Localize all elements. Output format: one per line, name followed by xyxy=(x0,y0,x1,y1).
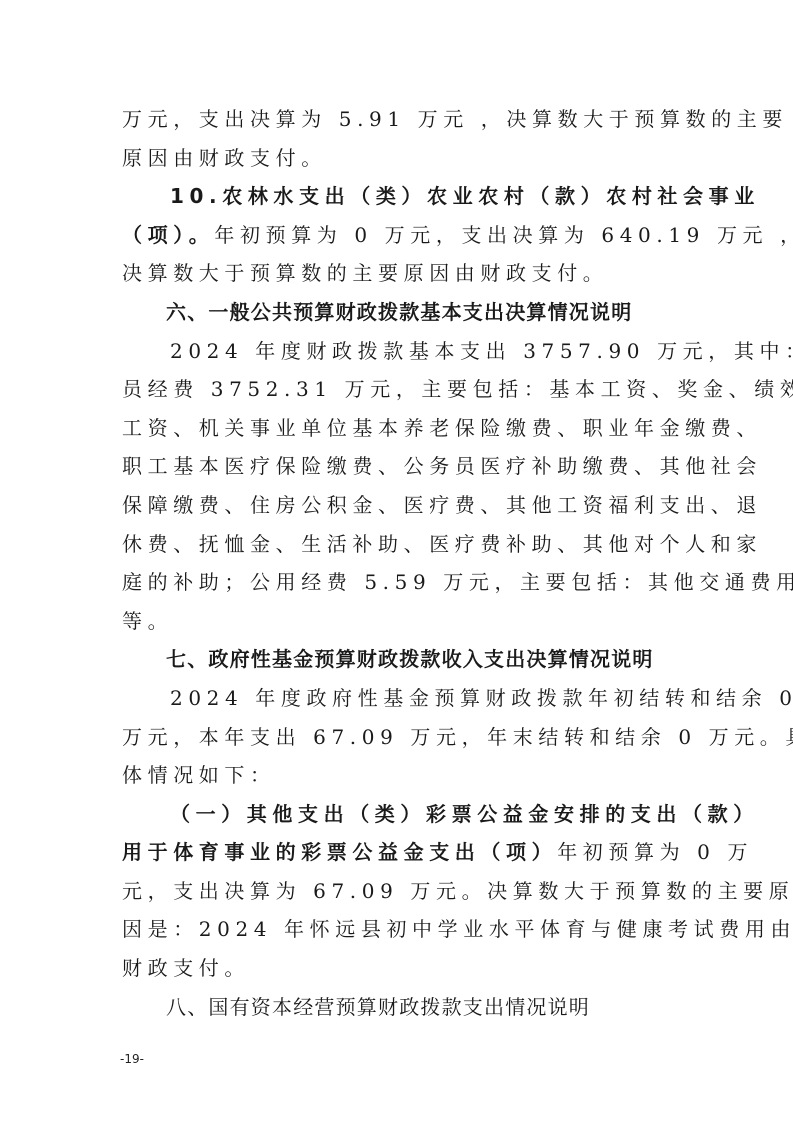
line-text: 保障缴费、住房公积金、医疗费、其他工资福利支出、退 xyxy=(122,493,762,517)
item-heading-text: 用于体育事业的彩票公益金支出（项） xyxy=(122,840,557,864)
paragraph-line: 庭的补助；公用经费 5.59 万元，主要包括：其他交通费用 xyxy=(122,563,674,602)
line-text: 等。 xyxy=(122,609,173,633)
paragraph-line: 工资、机关事业单位基本养老保险缴费、职业年金缴费、 xyxy=(122,409,674,448)
line-text: 元，支出决算为 67.09 万元。决算数大于预算数的主要原 xyxy=(122,879,793,903)
line-text: 原因由财政支付。 xyxy=(122,146,327,170)
line-text: 体情况如下： xyxy=(122,763,276,787)
line-text: 职工基本医疗保险缴费、公务员医疗补助缴费、其他社会 xyxy=(122,454,762,478)
section-heading-text: 七、政府性基金预算财政拨款收入支出决算情况说明 xyxy=(166,647,654,671)
paragraph-line: 万元，本年支出 67.09 万元，年末结转和结余 0 万元。具 xyxy=(122,718,674,757)
item-heading-text: 10.农林水支出（类）农业农村（款）农村社会事业 xyxy=(170,184,760,208)
paragraph-line: （项）。年初预算为 0 万元，支出决算为 640.19 万元 ， xyxy=(122,216,674,255)
line-text: 工资、机关事业单位基本养老保险缴费、职业年金缴费、 xyxy=(122,416,762,440)
line-text: 财政支付。 xyxy=(122,956,250,980)
paragraph-line: 体情况如下： xyxy=(122,756,674,795)
paragraph-line: 财政支付。 xyxy=(122,949,674,988)
line-text: 员经费 3752.31 万元，主要包括：基本工资、奖金、绩效 xyxy=(122,377,793,401)
paragraph-line: 保障缴费、住房公积金、医疗费、其他工资福利支出、退 xyxy=(122,486,674,525)
paragraph-line: 休费、抚恤金、生活补助、医疗费补助、其他对个人和家 xyxy=(122,525,674,564)
line-text: 年初预算为 0 万元，支出决算为 640.19 万元 ， xyxy=(214,223,793,247)
page-number: -19- xyxy=(120,1052,144,1066)
paragraph-line: 用于体育事业的彩票公益金支出（项）年初预算为 0 万 xyxy=(122,833,674,872)
section-heading-text: 六、一般公共预算财政拨款基本支出决算情况说明 xyxy=(166,300,632,324)
item-heading-text: （一）其他支出（类）彩票公益金安排的支出（款） xyxy=(170,802,759,826)
line-text: 2024 年度财政拨款基本支出 3757.90 万元，其中：人 xyxy=(170,339,793,363)
paragraph-line: 元，支出决算为 67.09 万元。决算数大于预算数的主要原 xyxy=(122,872,674,911)
document-page: 万元，支出决算为 5.91 万元 ，决算数大于预算数的主要 原因由财政支付。 1… xyxy=(122,100,674,1026)
paragraph-line: 因是：2024 年怀远县初中学业水平体育与健康考试费用由 xyxy=(122,910,674,949)
paragraph-line: 等。 xyxy=(122,602,674,641)
item-heading-line: （一）其他支出（类）彩票公益金安排的支出（款） xyxy=(122,795,674,834)
item-heading-text: （项）。 xyxy=(122,223,214,247)
paragraph-line: 2024 年度政府性基金预算财政拨款年初结转和结余 0 xyxy=(122,679,674,718)
line-text: 万元，本年支出 67.09 万元，年末结转和结余 0 万元。具 xyxy=(122,725,793,749)
paragraph-line: 万元，支出决算为 5.91 万元 ，决算数大于预算数的主要 xyxy=(122,100,674,139)
line-text: 年初预算为 0 万 xyxy=(557,840,753,864)
paragraph-line: 职工基本医疗保险缴费、公务员医疗补助缴费、其他社会 xyxy=(122,447,674,486)
section-heading-text: 八、国有资本经营预算财政拨款支出情况说明 xyxy=(166,995,590,1019)
line-text: 万元，支出决算为 5.91 万元 ，决算数大于预算数的主要 xyxy=(122,107,788,131)
line-text: 庭的补助；公用经费 5.59 万元，主要包括：其他交通费用 xyxy=(122,570,793,594)
paragraph-line: 原因由财政支付。 xyxy=(122,139,674,178)
line-text: 决算数大于预算数的主要原因由财政支付。 xyxy=(122,261,608,285)
section-heading-7: 七、政府性基金预算财政拨款收入支出决算情况说明 xyxy=(122,640,674,679)
section-heading-8: 八、国有资本经营预算财政拨款支出情况说明 xyxy=(122,988,674,1027)
paragraph-line: 员经费 3752.31 万元，主要包括：基本工资、奖金、绩效 xyxy=(122,370,674,409)
item-heading-line: 10.农林水支出（类）农业农村（款）农村社会事业 xyxy=(122,177,674,216)
paragraph-line: 2024 年度财政拨款基本支出 3757.90 万元，其中：人 xyxy=(122,332,674,371)
paragraph-line: 决算数大于预算数的主要原因由财政支付。 xyxy=(122,254,674,293)
line-text: 休费、抚恤金、生活补助、医疗费补助、其他对个人和家 xyxy=(122,532,762,556)
section-heading-6: 六、一般公共预算财政拨款基本支出决算情况说明 xyxy=(122,293,674,332)
line-text: 2024 年度政府性基金预算财政拨款年初结转和结余 0 xyxy=(170,686,793,710)
line-text: 因是：2024 年怀远县初中学业水平体育与健康考试费用由 xyxy=(122,917,793,941)
